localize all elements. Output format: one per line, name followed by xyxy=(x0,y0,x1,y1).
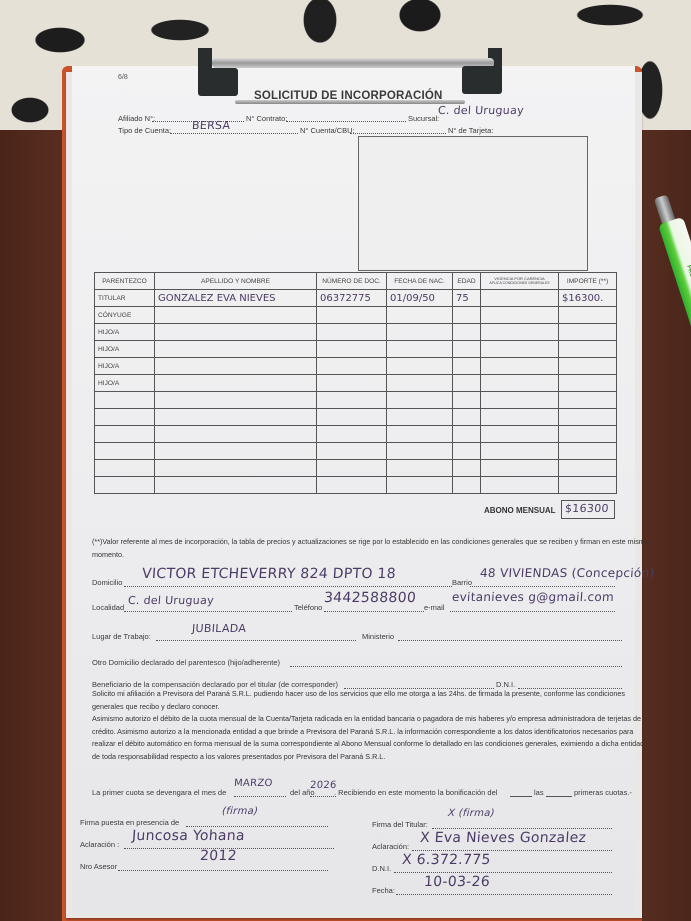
cell-edad[interactable] xyxy=(453,460,481,477)
cell-nombre[interactable] xyxy=(155,307,317,324)
photo-box xyxy=(358,136,588,271)
cell-edad[interactable] xyxy=(453,426,481,443)
cell-nacimiento[interactable] xyxy=(387,375,453,392)
cell-nacimiento[interactable] xyxy=(387,358,453,375)
table-row xyxy=(95,477,617,494)
cell-importe[interactable] xyxy=(559,358,617,375)
header-vigencia-subtitle: APLICA CONDICIONES GENERALES xyxy=(484,281,555,286)
cell-parentesco xyxy=(95,426,155,443)
nro-asesor-value[interactable]: 2012 xyxy=(199,848,237,864)
fecha-label: Fecha: xyxy=(372,886,395,895)
tipo-cuenta-field[interactable] xyxy=(170,133,298,134)
cell-importe[interactable] xyxy=(559,307,617,324)
cell-vigencia[interactable] xyxy=(481,477,559,494)
cell-vigencia[interactable] xyxy=(481,460,559,477)
cell-nombre[interactable] xyxy=(155,324,317,341)
cell-vigencia[interactable] xyxy=(481,375,559,392)
ministerio-label: Ministerio xyxy=(362,632,394,641)
cell-nacimiento[interactable] xyxy=(387,443,453,460)
table-row xyxy=(95,392,617,409)
cell-parentesco xyxy=(95,443,155,460)
abono-mensual-label: ABONO MENSUAL xyxy=(484,506,556,515)
table-row: HIJO/A xyxy=(95,358,617,375)
cell-nombre[interactable] xyxy=(155,460,317,477)
cell-vigencia[interactable] xyxy=(481,324,559,341)
header-nacimiento: FECHA DE NAC. xyxy=(387,273,453,290)
cell-edad[interactable] xyxy=(453,341,481,358)
fecha-field[interactable] xyxy=(396,894,612,895)
cell-nombre[interactable] xyxy=(155,477,317,494)
telefono-label: Teléfono xyxy=(294,603,322,612)
localidad-field[interactable] xyxy=(124,611,292,612)
cell-edad[interactable] xyxy=(453,409,481,426)
dni-titular-field[interactable] xyxy=(394,872,612,873)
terms-paragraph-1: Solicito mi afiliación a Previsora del P… xyxy=(92,688,652,713)
cell-doc[interactable] xyxy=(317,426,387,443)
barrio-value[interactable]: 48 VIVIENDAS (Concepción) xyxy=(480,566,655,580)
cell-doc[interactable] xyxy=(317,443,387,460)
localidad-value[interactable]: C. del Uruguay xyxy=(128,594,215,607)
abono-mensual-value: $16300 xyxy=(565,502,610,515)
clip-wire xyxy=(235,100,465,104)
firma-titular-signature: X (firma) xyxy=(448,808,496,819)
cell-edad[interactable] xyxy=(453,358,481,375)
cell-doc[interactable] xyxy=(317,392,387,409)
cell-doc[interactable] xyxy=(317,307,387,324)
cell-edad[interactable] xyxy=(453,477,481,494)
cell-nombre[interactable] xyxy=(155,392,317,409)
cell-parentesco: TITULAR xyxy=(95,290,155,307)
cell-nombre[interactable] xyxy=(155,426,317,443)
installment-month-field[interactable] xyxy=(234,796,286,797)
cell-edad[interactable] xyxy=(453,392,481,409)
email-value[interactable]: evitanieves g@gmail.com xyxy=(452,590,615,604)
barrio-field[interactable] xyxy=(470,586,615,587)
cell-doc[interactable] xyxy=(317,460,387,477)
cell-edad[interactable] xyxy=(453,324,481,341)
contrato-field[interactable] xyxy=(286,121,406,122)
installment-bonus-field[interactable] xyxy=(510,796,532,797)
email-label: e-mail xyxy=(424,603,444,612)
presencia-label: Firma puesta en presencia de xyxy=(80,818,179,827)
cell-doc[interactable] xyxy=(317,324,387,341)
fecha-value[interactable]: 10-03-26 xyxy=(423,874,490,890)
cell-parentesco: HIJO/A xyxy=(95,375,155,392)
cell-doc[interactable]: 06372775 xyxy=(317,290,387,307)
afiliado-label: Afiliado N°: xyxy=(118,114,155,123)
terms-paragraph-2: Asimismo autorizo el débito de la cuota … xyxy=(92,713,652,763)
dni-titular-label: D.N.I. xyxy=(372,864,391,873)
cell-nacimiento[interactable] xyxy=(387,392,453,409)
cell-nacimiento[interactable] xyxy=(387,341,453,358)
clip-foot-left xyxy=(198,68,238,96)
table-row xyxy=(95,426,617,443)
cell-vigencia[interactable] xyxy=(481,341,559,358)
cell-nombre[interactable] xyxy=(155,341,317,358)
email-field[interactable] xyxy=(450,611,615,612)
header-vigencia: VIGENCIA POR CARENCIA APLICA CONDICIONES… xyxy=(481,273,559,290)
telefono-field[interactable] xyxy=(324,611,424,612)
cell-vigencia[interactable] xyxy=(481,426,559,443)
cell-importe[interactable] xyxy=(559,460,617,477)
dni-titular-value[interactable]: X 6.372.775 xyxy=(401,852,491,868)
lugar-trabajo-field[interactable] xyxy=(156,640,356,641)
cell-nombre[interactable] xyxy=(155,358,317,375)
installment-las-label: las xyxy=(534,788,544,797)
cell-nacimiento[interactable] xyxy=(387,477,453,494)
clip-bar xyxy=(212,58,494,68)
cell-vigencia[interactable] xyxy=(481,290,559,307)
cell-nombre[interactable] xyxy=(155,375,317,392)
barrio-label: Barrio xyxy=(452,578,472,587)
installment-year-field[interactable] xyxy=(310,796,336,797)
cell-doc[interactable] xyxy=(317,409,387,426)
cell-parentesco xyxy=(95,392,155,409)
cell-parentesco: CÓNYUGE xyxy=(95,307,155,324)
cell-parentesco: HIJO/A xyxy=(95,358,155,375)
otro-domicilio-field[interactable] xyxy=(290,666,622,667)
presencia-signature: (firma) xyxy=(222,806,259,817)
table-row: HIJO/A xyxy=(95,341,617,358)
cell-importe[interactable] xyxy=(559,341,617,358)
lugar-trabajo-value[interactable]: JUBILADA xyxy=(192,622,247,635)
cell-vigencia[interactable] xyxy=(481,392,559,409)
presencia-field[interactable] xyxy=(186,826,328,827)
domicilio-value[interactable]: VICTOR ETCHEVERRY 824 DPTO 18 xyxy=(141,566,396,582)
installment-bonus-text: . Recibiendo en este momento la bonifica… xyxy=(334,788,497,797)
cell-parentesco xyxy=(95,409,155,426)
cell-parentesco: HIJO/A xyxy=(95,341,155,358)
application-form: 6/8 SOLICITUD DE INCORPORACIÓN Afiliado … xyxy=(72,66,635,914)
abono-mensual-box[interactable]: $16300 xyxy=(561,500,615,519)
otro-domicilio-label: Otro Domicilio declarado del parentesco … xyxy=(92,658,280,667)
cell-importe[interactable] xyxy=(559,477,617,494)
cell-nacimiento[interactable]: 01/09/50 xyxy=(387,290,453,307)
nro-asesor-label: Nro Asesor xyxy=(80,862,117,871)
cell-importe[interactable] xyxy=(559,443,617,460)
cell-importe[interactable]: $16300. xyxy=(559,290,617,307)
clip-foot-right xyxy=(462,66,502,94)
cell-doc[interactable] xyxy=(317,358,387,375)
cell-vigencia[interactable] xyxy=(481,307,559,324)
cuenta-cbu-field[interactable] xyxy=(350,133,446,134)
installment-suffix: primeras cuotas.- xyxy=(574,788,632,797)
cell-edad[interactable] xyxy=(453,307,481,324)
table-row: TITULARGONZALEZ EVA NIEVES0637277501/09/… xyxy=(95,290,617,307)
table-row: CÓNYUGE xyxy=(95,307,617,324)
aclaracion-titular-value[interactable]: X Eva Nieves Gonzalez xyxy=(419,830,586,846)
cell-parentesco: HIJO/A xyxy=(95,324,155,341)
installment-year-value[interactable]: 2026 xyxy=(310,780,337,791)
sucursal-label: Sucursal: xyxy=(408,114,439,123)
domicilio-label: Domicilio xyxy=(92,578,122,587)
header-nombre: APELLIDO Y NOMBRE xyxy=(155,273,317,290)
table-row xyxy=(95,460,617,477)
cell-importe[interactable] xyxy=(559,392,617,409)
cell-nacimiento[interactable] xyxy=(387,324,453,341)
header-edad: EDAD xyxy=(453,273,481,290)
firma-titular-label: Firma del Titular: xyxy=(372,820,428,829)
members-table: PARENTEZCO APELLIDO Y NOMBRE NÚMERO DE D… xyxy=(94,272,617,494)
footnote: (**)Valor referente al mes de incorporac… xyxy=(92,536,652,561)
localidad-label: Localidad xyxy=(92,603,124,612)
table-row xyxy=(95,409,617,426)
cuenta-cbu-label: N° Cuenta/CBU: xyxy=(300,126,355,135)
installment-month-value[interactable]: MARZO xyxy=(234,778,273,789)
table-header-row: PARENTEZCO APELLIDO Y NOMBRE NÚMERO DE D… xyxy=(95,273,617,290)
cell-nombre[interactable]: GONZALEZ EVA NIEVES xyxy=(155,290,317,307)
aclaracion-titular-label: Aclaración: xyxy=(372,842,409,851)
telefono-value[interactable]: 3442588800 xyxy=(323,590,416,606)
cell-edad[interactable] xyxy=(453,443,481,460)
cell-parentesco xyxy=(95,460,155,477)
cell-nombre[interactable] xyxy=(155,443,317,460)
installment-prefix: La primer cuota se devengara el mes de xyxy=(92,788,226,797)
table-row: HIJO/A xyxy=(95,324,617,341)
cell-nacimiento[interactable] xyxy=(387,426,453,443)
cell-doc[interactable] xyxy=(317,341,387,358)
cell-doc[interactable] xyxy=(317,477,387,494)
table-row: HIJO/A xyxy=(95,375,617,392)
pen-brand: PREVISORA xyxy=(685,265,691,300)
cell-nacimiento[interactable] xyxy=(387,460,453,477)
cell-edad[interactable]: 75 xyxy=(453,290,481,307)
aclaracion-asesor-label: Aclaración : xyxy=(80,840,119,849)
ministerio-field[interactable] xyxy=(398,640,622,641)
tipo-cuenta-label: Tipo de Cuenta: xyxy=(118,126,171,135)
cell-nombre[interactable] xyxy=(155,409,317,426)
aclaracion-titular-field[interactable] xyxy=(412,850,612,851)
cell-vigencia[interactable] xyxy=(481,358,559,375)
aclaracion-asesor-value[interactable]: Juncosa Yohana xyxy=(131,828,245,844)
cell-doc[interactable] xyxy=(317,375,387,392)
firma-titular-field[interactable] xyxy=(432,828,612,829)
cell-importe[interactable] xyxy=(559,324,617,341)
lugar-trabajo-label: Lugar de Trabajo: xyxy=(92,632,151,641)
table-row xyxy=(95,443,617,460)
cell-nacimiento[interactable] xyxy=(387,409,453,426)
cell-importe[interactable] xyxy=(559,426,617,443)
nro-asesor-field[interactable] xyxy=(118,870,328,871)
tipo-cuenta-value[interactable]: BERSA xyxy=(192,119,231,132)
domicilio-field[interactable] xyxy=(124,586,452,587)
installment-cuotas-field[interactable] xyxy=(546,796,572,797)
cell-vigencia[interactable] xyxy=(481,409,559,426)
header-parentesco: PARENTEZCO xyxy=(95,273,155,290)
cell-parentesco xyxy=(95,477,155,494)
page-number: 6/8 xyxy=(118,74,128,81)
cell-importe[interactable] xyxy=(559,409,617,426)
contrato-label: N° Contrato: xyxy=(246,114,287,123)
sucursal-value[interactable]: C. del Uruguay xyxy=(438,104,525,117)
cell-importe[interactable] xyxy=(559,375,617,392)
header-importe: IMPORTE (**) xyxy=(559,273,617,290)
cell-edad[interactable] xyxy=(453,375,481,392)
cell-vigencia[interactable] xyxy=(481,443,559,460)
cell-nacimiento[interactable] xyxy=(387,307,453,324)
header-doc: NÚMERO DE DOC. xyxy=(317,273,387,290)
tarjeta-label: N° de Tarjeta: xyxy=(448,126,493,135)
